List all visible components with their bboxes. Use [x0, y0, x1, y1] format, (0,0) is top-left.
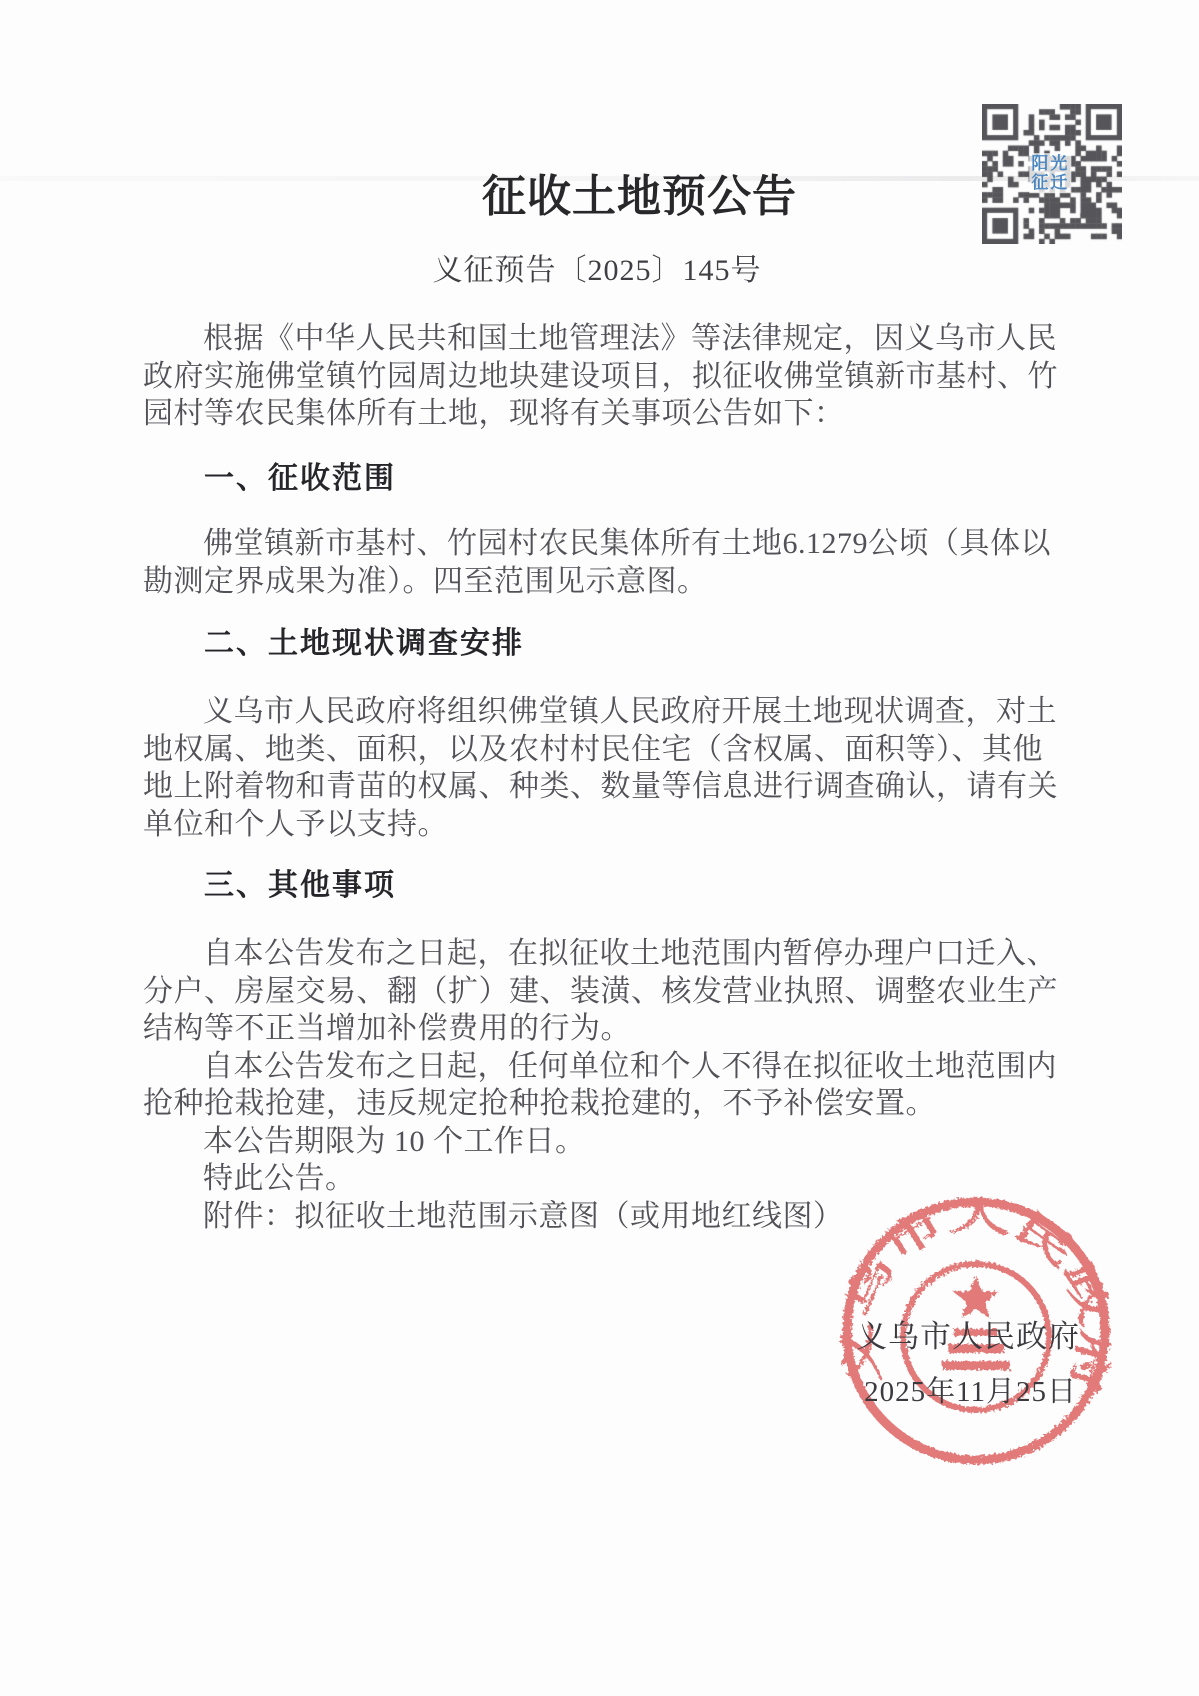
seal-gate [942, 1361, 1010, 1370]
section-3-paragraph: 本公告期限为 10 个工作日。 [143, 1123, 1153, 1161]
doc-number: 义征预告〔2025〕145号 [0, 252, 1194, 290]
section-3-paragraph: 自本公告发布之日起，任何单位和个人不得在拟征收土地范围内 抢种抢栽抢建，违反规定… [143, 1048, 1153, 1123]
seal-star [953, 1275, 999, 1318]
section-1-paragraph: 佛堂镇新市基村、竹园村农民集体所有土地6.1279公顷（具体以 勘测定界成果为准… [143, 525, 1153, 600]
section-2-paragraph: 义乌市人民政府将组织佛堂镇人民政府开展土地现状调查，对土 地权属、地类、面积，以… [143, 693, 1153, 843]
section-3-paragraph: 自本公告发布之日起，在拟征收土地范围内暂停办理户口迁入、 分户、房屋交易、翻（扩… [143, 935, 1153, 1048]
section-3-heading: 三、其他事项 [143, 868, 1153, 904]
issue-date: 2025年11月25日 [864, 1374, 1077, 1410]
document-page: 阳光 征迁 征收土地预公告 义征预告〔2025〕145号 根据《中华人民共和国土… [0, 0, 1199, 1696]
section-2-heading: 二、土地现状调查安排 [143, 626, 1153, 662]
document-title: 征收土地预公告 [83, 171, 1196, 223]
section-1-heading: 一、征收范围 [143, 461, 1153, 497]
section-3-paragraphs: 自本公告发布之日起，在拟征收土地范围内暂停办理户口迁入、 分户、房屋交易、翻（扩… [143, 935, 1153, 1235]
intro-paragraph: 根据《中华人民共和国土地管理法》等法律规定，因义乌市人民 政府实施佛堂镇竹园周边… [143, 320, 1153, 433]
issuer-signature: 义乌市人民政府 [856, 1318, 1080, 1356]
